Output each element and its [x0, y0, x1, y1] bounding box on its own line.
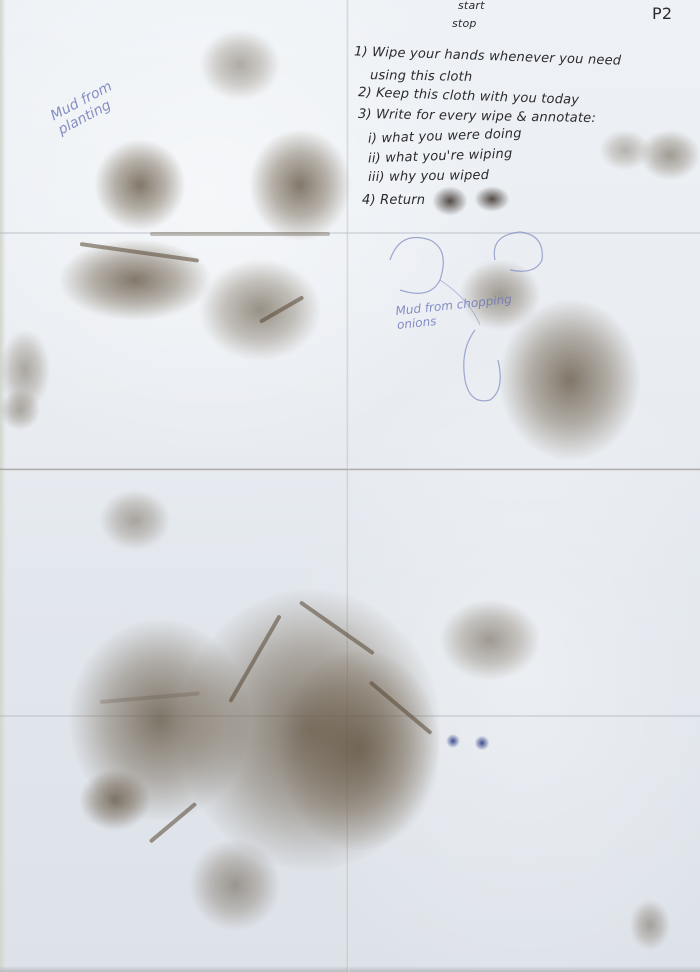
- mud-stain: [280, 650, 440, 850]
- instruction-number: 2): [358, 85, 372, 100]
- blue-ink-blot: [474, 736, 490, 750]
- mud-stain: [0, 390, 40, 430]
- page-label: P2: [652, 6, 672, 22]
- instruction-line: 1) Wipe your hands whenever you need: [354, 45, 622, 67]
- cloth-left-edge: [0, 0, 6, 972]
- instruction-text: using this cloth: [370, 68, 473, 85]
- instruction-number: 4): [362, 193, 376, 208]
- mud-stain: [95, 140, 185, 230]
- handwritten-start: start: [458, 0, 485, 11]
- instruction-line: using this cloth: [370, 69, 473, 84]
- annotation-mud-from-planting: Mud from planting: [48, 78, 122, 138]
- stained-cloth-photo: start stop P2 1) Wipe your hands wheneve…: [0, 0, 700, 972]
- mud-stain: [250, 130, 350, 240]
- mud-stain: [630, 900, 670, 950]
- instruction-text: why you wiped: [389, 168, 489, 185]
- mud-stain: [200, 30, 280, 100]
- instruction-number: 1): [354, 44, 368, 59]
- pen-drawn-figure: [380, 220, 580, 420]
- blue-ink-blot: [446, 734, 460, 748]
- dark-smudge: [474, 186, 510, 212]
- horizontal-fold-crease: [0, 468, 700, 471]
- mud-stain: [600, 130, 650, 170]
- instruction-line: 3) Write for every wipe & annotate:: [358, 108, 596, 125]
- instruction-number: ii): [368, 151, 381, 166]
- instruction-line: ii) what you're wiping: [368, 147, 513, 165]
- instruction-text: Return: [380, 193, 425, 208]
- instruction-line: 4) Return: [362, 194, 425, 207]
- mud-stain: [100, 490, 170, 550]
- instruction-line: iii) why you wiped: [368, 169, 489, 184]
- instruction-text: Wipe your hands whenever you need: [372, 45, 622, 69]
- mud-stain: [80, 770, 150, 830]
- instruction-number: iii): [368, 170, 385, 185]
- instruction-text: what you're wiping: [385, 146, 513, 165]
- handwritten-stop: stop: [452, 18, 477, 29]
- cloth-bottom-edge: [0, 966, 700, 972]
- instruction-text: Write for every wipe & annotate:: [376, 107, 596, 126]
- upper-fold-crease: [0, 232, 700, 234]
- instruction-line: 2) Keep this cloth with you today: [358, 86, 580, 107]
- instruction-text: Keep this cloth with you today: [376, 86, 580, 108]
- instruction-text: what you were doing: [381, 126, 522, 146]
- mud-streak: [150, 232, 330, 236]
- mud-stain: [440, 600, 540, 680]
- mud-stain: [200, 260, 320, 360]
- instruction-line: i) what you were doing: [368, 127, 522, 145]
- instruction-number: i): [368, 131, 378, 146]
- instruction-number: 3): [358, 107, 372, 122]
- dark-smudge: [432, 186, 468, 216]
- mud-stain: [190, 840, 280, 930]
